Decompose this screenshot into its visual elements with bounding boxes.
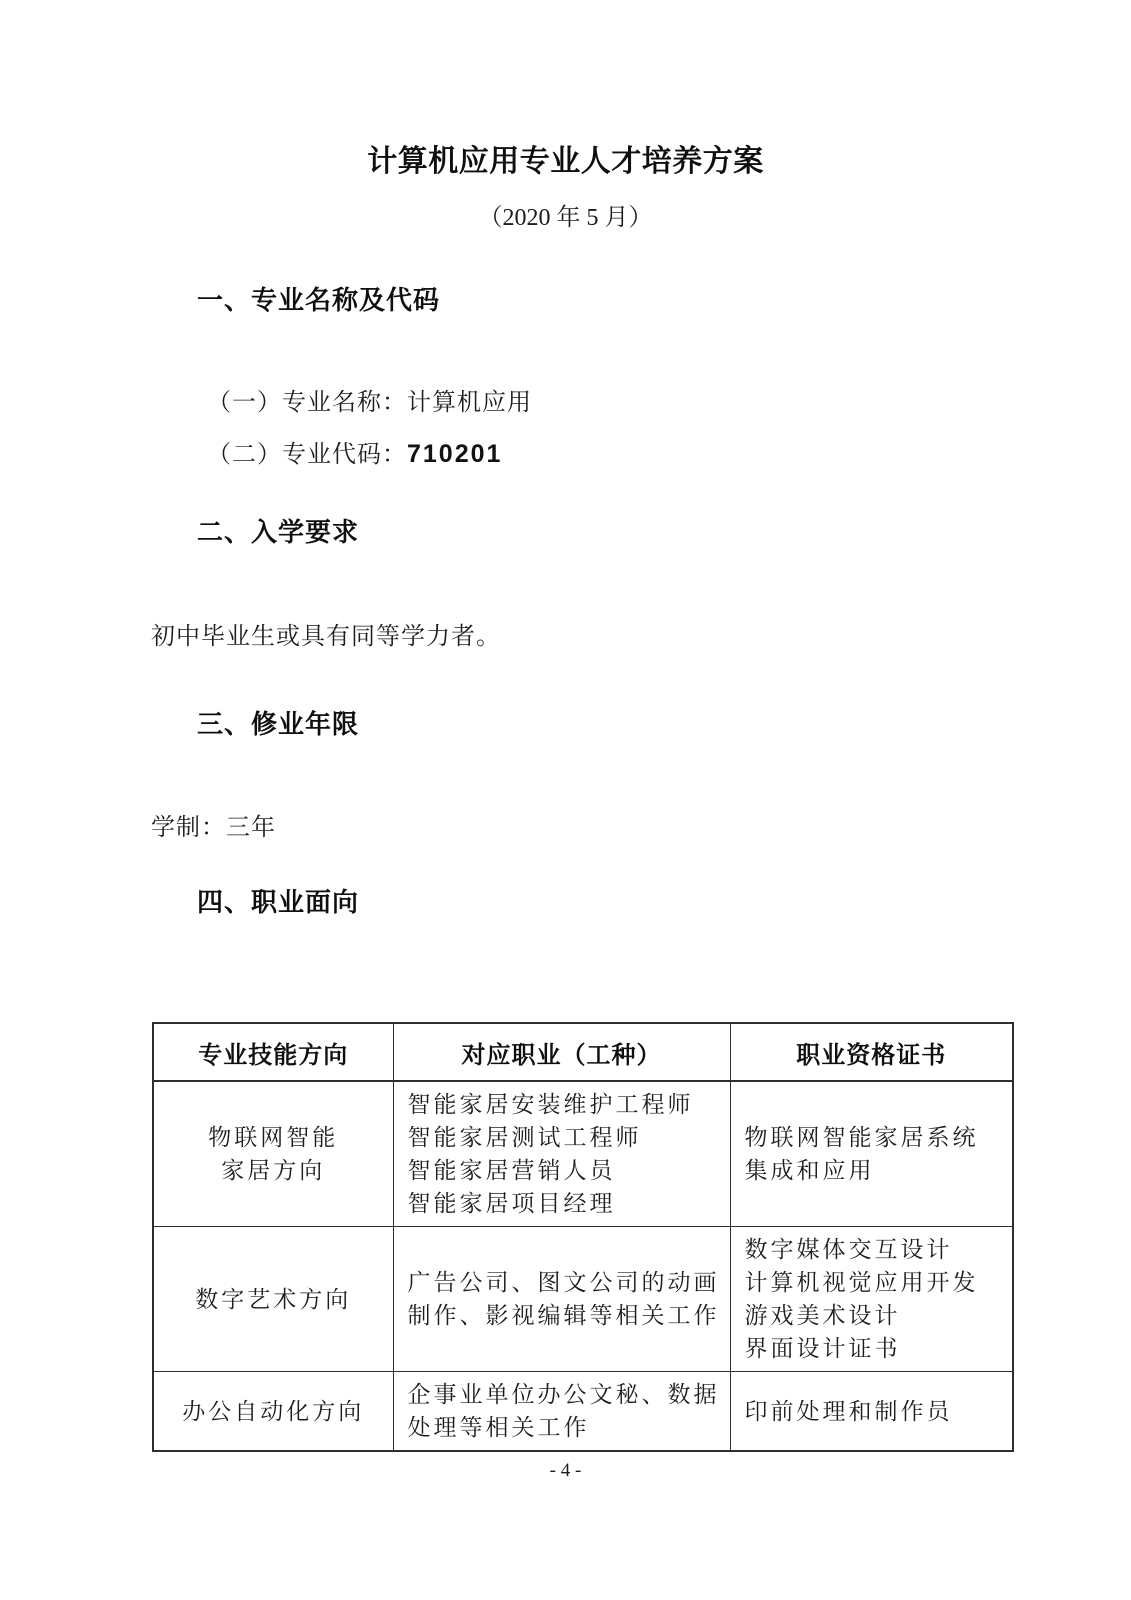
header-corresponding-jobs: 对应职业（工种） <box>393 1023 730 1081</box>
section-3-heading: 三、修业年限 <box>197 704 359 741</box>
career-orientation-table-wrap: 专业技能方向 对应职业（工种） 职业资格证书 物联网智能 家居方向 智能家居安装… <box>152 1022 1014 1452</box>
major-name-label: （一）专业名称： <box>207 390 407 416</box>
certificates-cell: 印前处理和制作员 <box>730 1372 1013 1452</box>
direction-cell: 数字艺术方向 <box>153 1227 393 1372</box>
certificates-cell: 物联网智能家居系统 集成和应用 <box>730 1081 1013 1227</box>
major-name-value: 计算机应用 <box>407 390 532 416</box>
study-length-text: 学制：三年 <box>151 807 276 842</box>
jobs-cell: 智能家居安装维护工程师 智能家居测试工程师 智能家居营销人员 智能家居项目经理 <box>393 1081 730 1227</box>
table-row: 办公自动化方向 企事业单位办公文秘、数据 处理等相关工作 印前处理和制作员 <box>153 1372 1013 1452</box>
page-number: - 4 - <box>0 1460 1131 1482</box>
document-page: 计算机应用专业人才培养方案 （2020 年 5 月） 一、专业名称及代码 （一）… <box>0 0 1131 1600</box>
major-code-line: （二）专业代码：710201 <box>207 434 502 469</box>
header-qualification-certificates: 职业资格证书 <box>730 1023 1013 1081</box>
major-code-label: （二）专业代码： <box>207 442 407 468</box>
major-name-line: （一）专业名称：计算机应用 <box>207 382 532 417</box>
career-orientation-table: 专业技能方向 对应职业（工种） 职业资格证书 物联网智能 家居方向 智能家居安装… <box>152 1022 1014 1452</box>
section-4-heading: 四、职业面向 <box>197 882 359 919</box>
table-row: 数字艺术方向 广告公司、图文公司的动画 制作、影视编辑等相关工作 数字媒体交互设… <box>153 1227 1013 1372</box>
jobs-cell: 企事业单位办公文秘、数据 处理等相关工作 <box>393 1372 730 1452</box>
document-date-line: （2020 年 5 月） <box>0 197 1131 232</box>
header-skill-direction: 专业技能方向 <box>153 1023 393 1081</box>
section-1-heading: 一、专业名称及代码 <box>197 280 440 317</box>
document-title: 计算机应用专业人才培养方案 <box>0 136 1131 180</box>
section-2-heading: 二、入学要求 <box>197 512 359 549</box>
direction-cell: 物联网智能 家居方向 <box>153 1081 393 1227</box>
admission-requirement-text: 初中毕业生或具有同等学力者。 <box>151 616 501 651</box>
table-header-row: 专业技能方向 对应职业（工种） 职业资格证书 <box>153 1023 1013 1081</box>
direction-cell: 办公自动化方向 <box>153 1372 393 1452</box>
major-code-value: 710201 <box>407 440 502 468</box>
certificates-cell: 数字媒体交互设计 计算机视觉应用开发 游戏美术设计 界面设计证书 <box>730 1227 1013 1372</box>
table-row: 物联网智能 家居方向 智能家居安装维护工程师 智能家居测试工程师 智能家居营销人… <box>153 1081 1013 1227</box>
jobs-cell: 广告公司、图文公司的动画 制作、影视编辑等相关工作 <box>393 1227 730 1372</box>
